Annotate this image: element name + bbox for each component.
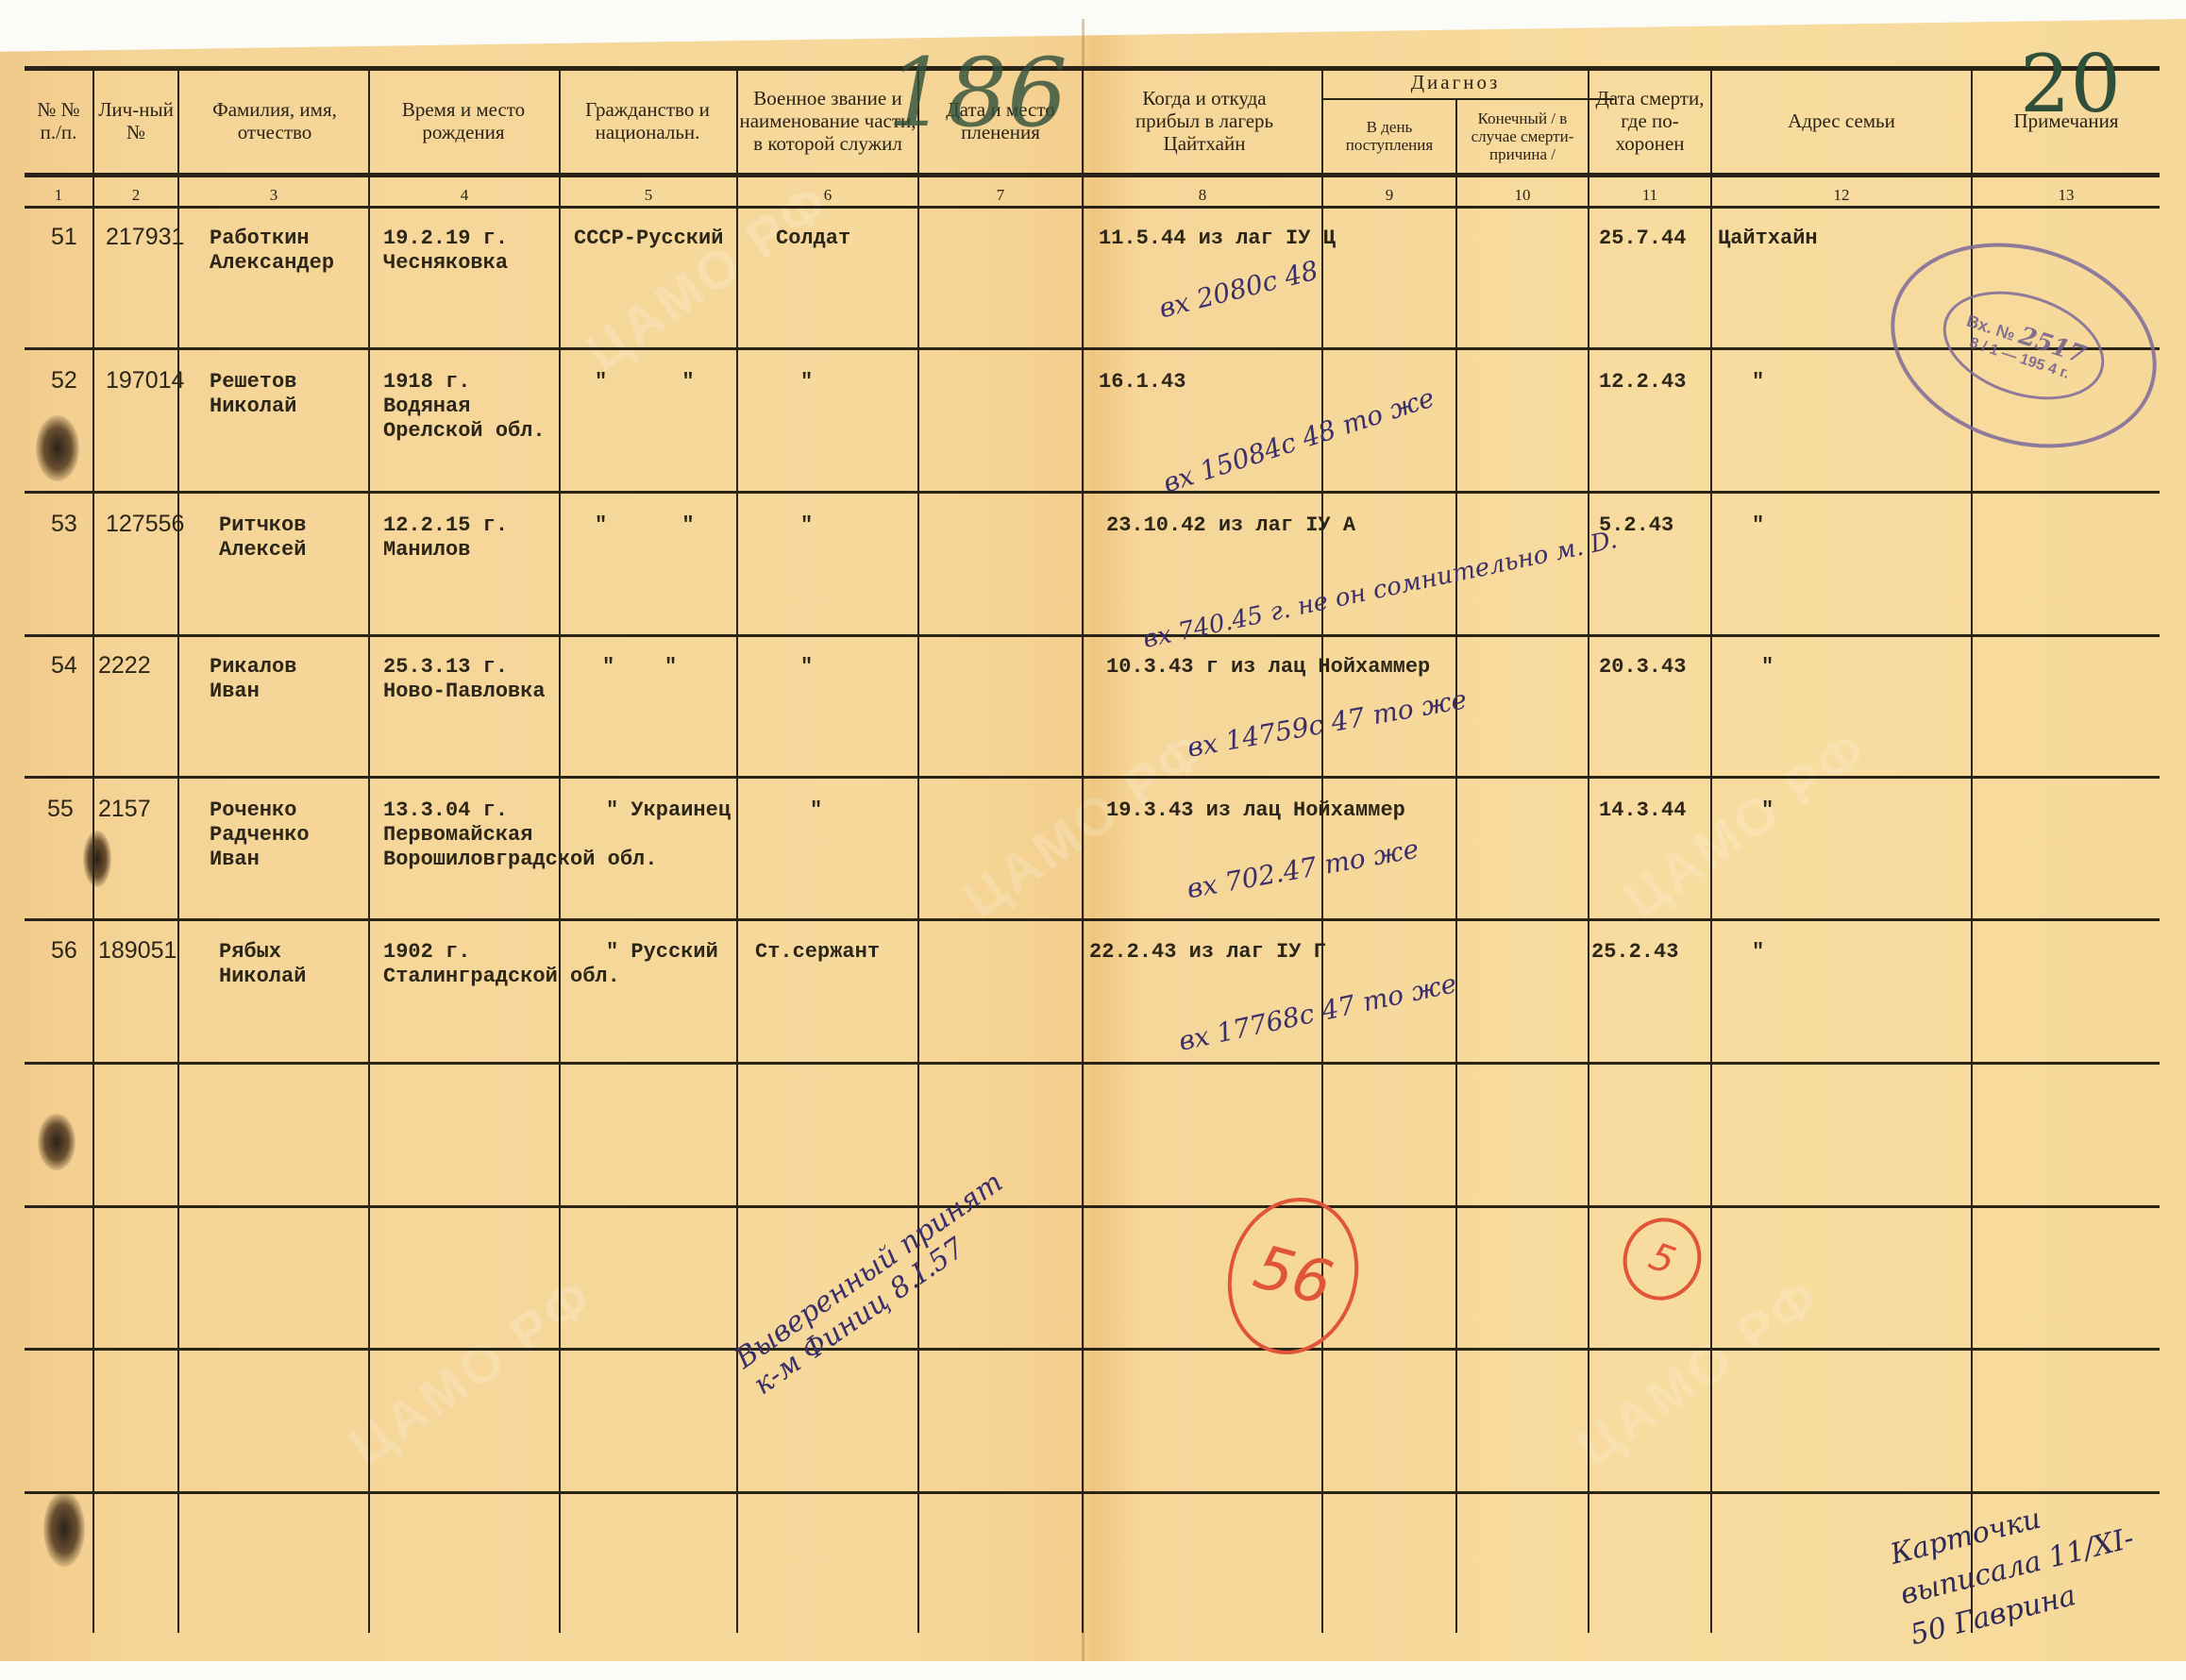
row-personal-no: 217931 xyxy=(106,225,184,249)
row-address: Цайтхайн xyxy=(1718,227,1818,251)
colnum-4: 4 xyxy=(370,185,559,206)
header-col-11: Дата смерти, где по-хоронен xyxy=(1595,70,1705,172)
row-rank: Ст.сержант xyxy=(755,940,880,965)
row-personal-no: 189051 xyxy=(98,938,177,963)
row-divider xyxy=(25,347,2160,350)
row-personal-no: 197014 xyxy=(106,368,184,393)
register-table: № № п./п. Лич-ный № Фамилия, имя, отчест… xyxy=(25,66,2160,1642)
colnum-1: 1 xyxy=(25,185,92,206)
col-divider xyxy=(736,66,738,1633)
row-address: " xyxy=(1752,513,1764,538)
row-divider xyxy=(25,1062,2160,1065)
header-col-4: Время и место рождения xyxy=(383,70,544,172)
row-death: 5.2.43 xyxy=(1599,513,1673,538)
colnum-7: 7 xyxy=(919,185,1082,206)
row-arrival: 16.1.43 xyxy=(1099,370,1185,395)
row-name: Работкин Александер xyxy=(210,227,334,276)
row-no: 51 xyxy=(51,225,77,249)
row-arrival-note: вх 702.47 то же xyxy=(1185,833,1421,905)
col-divider xyxy=(368,66,370,1633)
row-arrival: 19.3.43 из лац Нойхаммер xyxy=(1106,798,1405,823)
row-citizenship: " Украинец xyxy=(606,798,731,823)
header-col-1: № № п./п. xyxy=(25,70,92,172)
col-divider xyxy=(917,66,919,1633)
row-name: Рябых Николай xyxy=(219,940,306,989)
row-name: Рикалов Иван xyxy=(210,655,296,704)
row-divider xyxy=(25,1348,2160,1351)
row-death: 25.7.44 xyxy=(1599,227,1686,251)
row-divider xyxy=(25,1491,2160,1494)
row-arrival: 23.10.42 из лаг IУ А xyxy=(1106,513,1355,538)
red-circled-small-value: 5 xyxy=(1643,1235,1681,1284)
row-death: 20.3.43 xyxy=(1599,655,1686,680)
colnum-11: 11 xyxy=(1589,185,1710,206)
colnum-10: 10 xyxy=(1457,185,1588,206)
col-divider xyxy=(92,66,94,1633)
row-no: 52 xyxy=(51,368,77,393)
row-divider xyxy=(25,1205,2160,1208)
colnum-3: 3 xyxy=(179,185,368,206)
colnum-2: 2 xyxy=(94,185,177,206)
row-personal-no: 2222 xyxy=(98,653,151,678)
header-col-8: Когда и откуда прибыл в лагерь Цайтхайн xyxy=(1110,70,1299,172)
colnum-9: 9 xyxy=(1323,185,1455,206)
header-col-9: В день поступления xyxy=(1323,100,1455,172)
row-address: " xyxy=(1761,798,1774,823)
row-no: 54 xyxy=(51,653,77,678)
row-arrival: 10.3.43 г из лац Нойхаммер xyxy=(1106,655,1430,680)
col-divider xyxy=(177,66,179,1633)
row-citizenship: " " xyxy=(602,655,677,680)
row-birth: 25.3.13 г. Ново-Павловка xyxy=(383,655,546,704)
row-rank: " xyxy=(810,798,822,823)
row-death: 12.2.43 xyxy=(1599,370,1686,395)
row-citizenship: СССР-Русский xyxy=(574,227,723,251)
row-rank: " xyxy=(800,370,813,395)
row-arrival-note: вх 15084с 48 то же xyxy=(1159,381,1438,498)
row-death: 14.3.44 xyxy=(1599,798,1686,823)
row-arrival-note: вх 14759с 47 то же xyxy=(1185,683,1469,764)
row-address: " xyxy=(1761,655,1774,680)
row-citizenship: " " xyxy=(595,513,695,538)
row-death: 25.2.43 xyxy=(1591,940,1678,965)
col-divider xyxy=(1082,66,1084,1633)
colnum-12: 12 xyxy=(1712,185,1971,206)
col-divider xyxy=(1455,98,1457,1633)
header-col-12: Адрес семьи xyxy=(1712,70,1971,172)
row-personal-no: 2157 xyxy=(98,797,151,821)
row-divider xyxy=(25,776,2160,779)
row-divider xyxy=(25,491,2160,494)
colnum-8: 8 xyxy=(1084,185,1321,206)
row-name: Решетов Николай xyxy=(210,370,296,419)
row-birth: 1902 г. Сталинградской обл. xyxy=(383,940,620,989)
col-divider xyxy=(1588,66,1589,1633)
row-rank: " xyxy=(800,513,813,538)
header-col-5: Гражданство и национальн. xyxy=(581,70,714,172)
row-address: " xyxy=(1752,370,1764,395)
row-arrival-note: вх 17768с 47 то же xyxy=(1176,967,1459,1057)
row-address: " xyxy=(1752,940,1764,965)
row-name: Роченко Радченко Иван xyxy=(210,798,310,872)
header-bottom-border xyxy=(25,173,2160,177)
row-birth: 19.2.19 г. Чесняковка xyxy=(383,227,508,276)
row-birth: 1918 г. Водяная Орелской обл. xyxy=(383,370,546,444)
row-divider xyxy=(25,634,2160,637)
row-no: 56 xyxy=(51,938,77,963)
row-personal-no: 127556 xyxy=(106,512,184,536)
colnum-bottom-border xyxy=(25,206,2160,209)
col-divider xyxy=(1710,66,1712,1633)
colnum-5: 5 xyxy=(561,185,736,206)
row-citizenship: " Русский xyxy=(606,940,718,965)
colnum-6: 6 xyxy=(738,185,917,206)
row-arrival: 22.2.43 из лаг IУ Г xyxy=(1089,940,1326,965)
row-name: Ритчков Алексей xyxy=(219,513,306,563)
row-rank: Солдат xyxy=(776,227,850,251)
row-rank: " xyxy=(800,655,813,680)
row-no: 53 xyxy=(51,512,77,536)
page-number-handwritten: 20 xyxy=(2020,38,2121,130)
sheet-mark-handwritten: 186 xyxy=(887,38,1068,148)
red-circled-count-value: 56 xyxy=(1247,1233,1339,1320)
stamp-inner: Вх. № 2517 8 / 1 — 195 4 г. xyxy=(1929,272,2118,418)
colnum-13: 13 xyxy=(1973,185,2160,206)
header-col-3: Фамилия, имя, отчество xyxy=(204,70,345,172)
header-col-10: Конечный / в случае смерти-причина / xyxy=(1457,100,1588,172)
row-birth: 12.2.15 г. Манилов xyxy=(383,513,508,563)
header-diagnosis-group: Диагноз xyxy=(1323,68,1588,96)
row-no: 55 xyxy=(47,797,74,821)
row-arrival-note: вх 2080с 48 xyxy=(1156,255,1321,325)
header-col-2: Лич-ный № xyxy=(94,70,177,172)
row-divider xyxy=(25,918,2160,921)
row-arrival: 11.5.44 из лаг IУ Ц xyxy=(1099,227,1336,251)
row-citizenship: " " xyxy=(595,370,695,395)
